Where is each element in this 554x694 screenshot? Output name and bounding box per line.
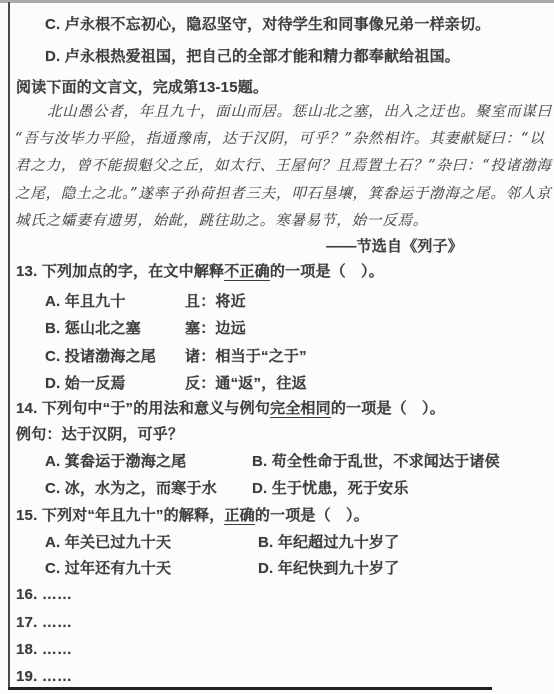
q13-stem-suffix: 的一项是（ ）。 [270, 263, 384, 280]
q14-stem-prefix: 14. 下列句中“于”的用法和意义与例句 [16, 400, 270, 417]
q13-option-d-gloss: 反：通“返”，往返 [185, 374, 307, 394]
passage-line-4: 之尾，隐土之北。”遂率子孙荷担者三夫，叩石垦壤，箕畚运于渤海之尾。邻人京 [15, 184, 551, 204]
q14-option-d: D. 生于忧患，死于安乐 [252, 479, 409, 499]
q15-stem-prefix: 15. 下列对“年且九十”的解释， [16, 507, 224, 524]
q13-stem: 13. 下列加点的字，在文中解释不正确的一项是（ ）。 [16, 262, 384, 282]
q15-option-d: D. 年纪快到九十岁了 [258, 559, 399, 579]
q14-stem-suffix: 的一项是（ ）。 [331, 400, 445, 417]
q14-option-b: B. 苟全性命于乱世，不求闻达于诸侯 [252, 452, 500, 472]
q15-stem-suffix: 的一项是（ ）。 [255, 507, 369, 524]
q13-option-a-phrase: A. 年且九十 [45, 292, 126, 312]
q15-option-c: C. 过年还有九十天 [45, 559, 171, 579]
question-17-placeholder: 17. …… [16, 613, 72, 633]
page-bottom-border [8, 687, 492, 690]
q14-option-c: C. 冰，水为之，而寒于水 [45, 479, 217, 499]
passage-line-2: “吾与汝毕力平险，指通豫南，达于汉阴，可乎？”杂然相许。其妻献疑曰：“以 [15, 129, 545, 149]
page-top-edge [0, 0, 554, 3]
question-19-placeholder: 19. …… [16, 667, 72, 687]
q13-option-c-phrase: C. 投诸渤海之尾 [45, 347, 156, 367]
q15-option-a: A. 年关已过九十天 [45, 533, 171, 553]
q14-option-a: A. 箕畚运于渤海之尾 [45, 452, 186, 472]
q14-stem-underlined: 完全相同 [270, 400, 331, 418]
question-16-placeholder: 16. …… [16, 585, 72, 605]
prior-option-d: D. 卢永根热爱祖国，把自己的全部才能和精力都奉献给祖国。 [45, 47, 460, 67]
q13-option-b-phrase: B. 惩山北之塞 [45, 319, 141, 339]
q13-option-a-gloss: 且：将近 [185, 292, 246, 312]
q13-stem-underlined: 不正确 [224, 263, 270, 281]
passage-line-5: 城氏之孀妻有遗男，始龀，跳往助之。寒暑易节，始一反焉。 [15, 211, 428, 231]
exam-page: C. 卢永根不忘初心，隐忍坚守，对待学生和同事像兄弟一样亲切。 D. 卢永根热爱… [0, 0, 554, 694]
question-18-placeholder: 18. …… [16, 640, 72, 660]
prior-option-c: C. 卢永根不忘初心，隐忍坚守，对待学生和同事像兄弟一样亲切。 [45, 15, 490, 35]
q15-option-b: B. 年纪超过九十岁了 [258, 533, 399, 553]
q15-stem: 15. 下列对“年且九十”的解释，正确的一项是（ ）。 [16, 506, 369, 526]
q14-example: 例句：达于汉阴，可乎？ [16, 425, 183, 445]
q14-stem: 14. 下列句中“于”的用法和意义与例句完全相同的一项是（ ）。 [16, 399, 445, 419]
q13-option-b-gloss: 塞：边远 [185, 319, 246, 339]
q15-stem-underlined: 正确 [224, 507, 254, 525]
passage-attribution: ——节选自《列子》 [326, 237, 463, 257]
section-intro: 阅读下面的文言文，完成第13-15题。 [16, 78, 268, 98]
q13-option-c-gloss: 诸：相当于“之于” [185, 347, 307, 367]
passage-line-3: 君之力，曾不能损魁父之丘，如太行、王屋何？且焉置土石？”杂曰：“投诸渤海 [15, 156, 552, 176]
q13-option-d-phrase: D. 始一反焉 [45, 374, 126, 394]
page-left-border [8, 2, 10, 689]
q13-stem-prefix: 13. 下列加点的字，在文中解释 [16, 263, 224, 280]
passage-line-1: 北山愚公者，年且九十，面山而居。惩山北之塞，出入之迂也。聚室而谋曰： [47, 102, 554, 122]
